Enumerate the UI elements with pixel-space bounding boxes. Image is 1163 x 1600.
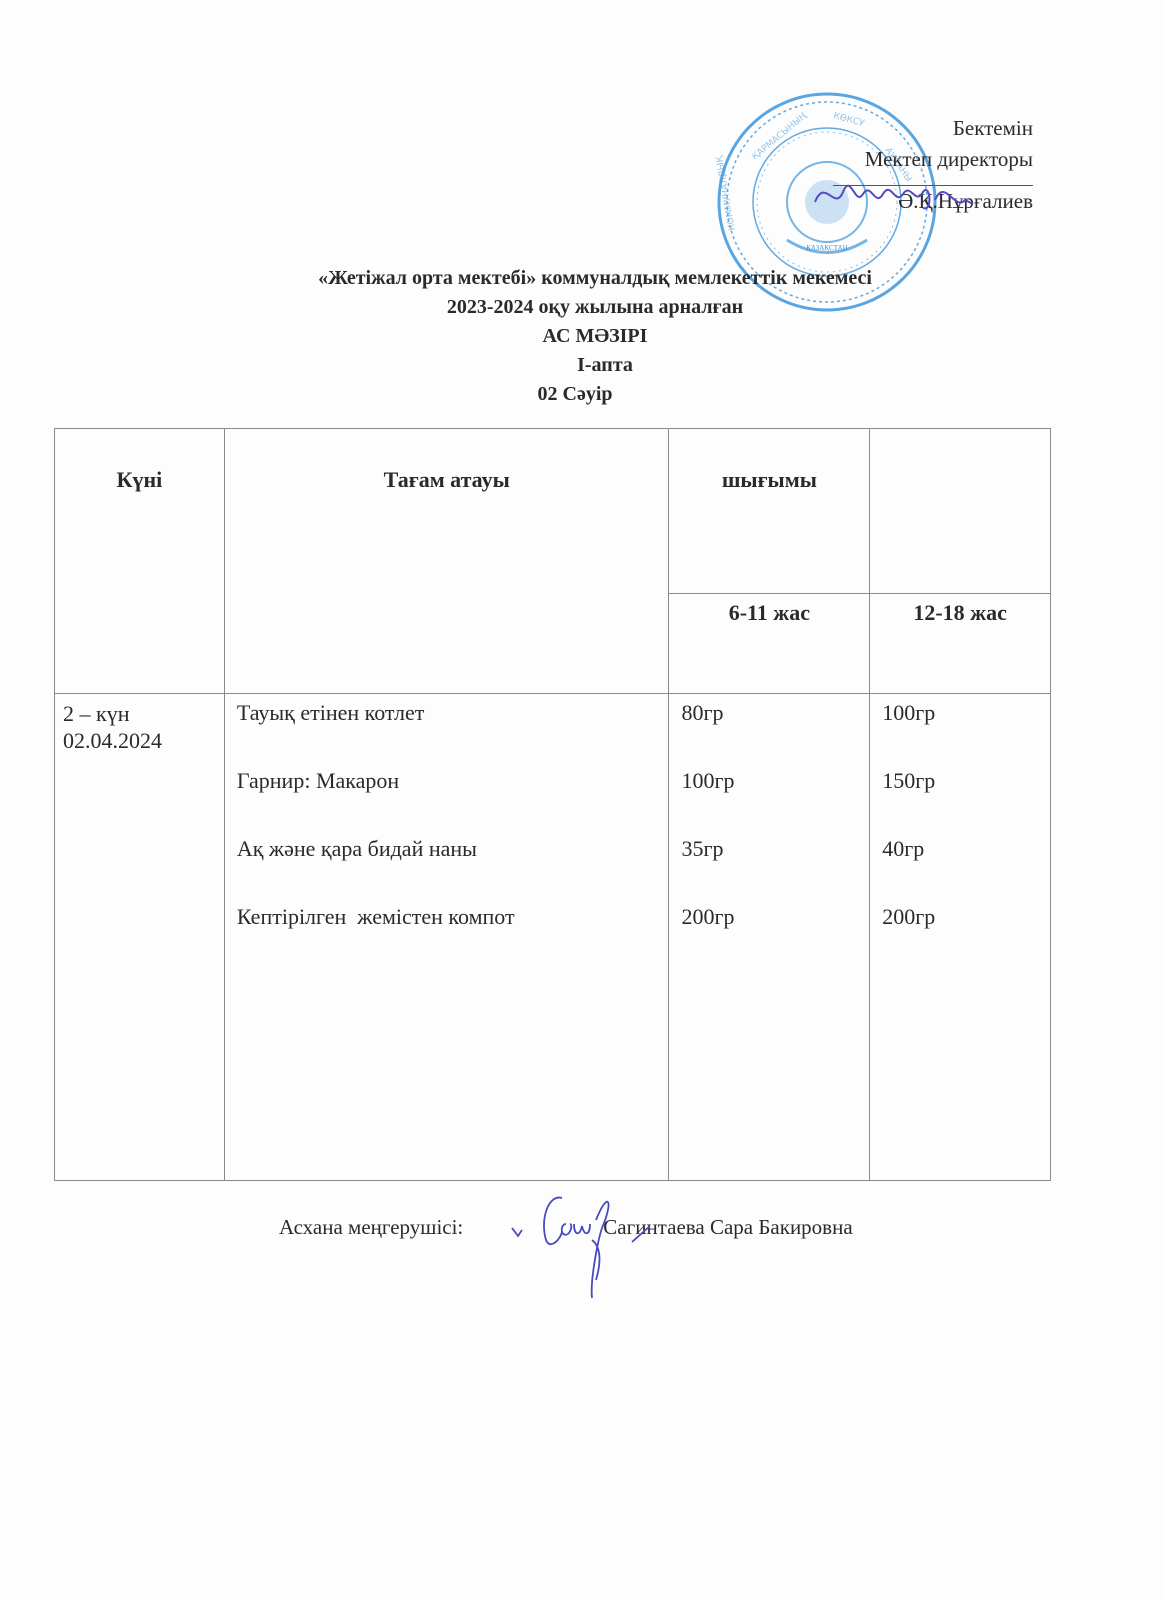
portion-6-11-cell: 80гр 100гр 35гр 200гр xyxy=(669,694,870,1181)
cook-signature xyxy=(510,1180,660,1300)
header-day: Күні xyxy=(55,429,225,694)
portion-value: 100гр xyxy=(681,766,869,834)
stamp-text: ҚАЗАҚСТАН xyxy=(806,244,848,252)
academic-year: 2023-2024 оқу жылына арналған xyxy=(0,293,1163,322)
approval-title: Бектемін xyxy=(833,113,1033,144)
week-label: I-апта xyxy=(0,351,1163,380)
portion-value: 150гр xyxy=(882,766,1050,834)
document-title: «Жетіжал орта мектебі» коммуналдық мемле… xyxy=(0,264,1163,409)
day-label: 2 – күн xyxy=(63,700,224,727)
dish-item: Гарнир: Макарон xyxy=(237,766,669,834)
portion-value: 80гр xyxy=(681,698,869,766)
approval-position: Мектеп директоры xyxy=(833,144,1033,175)
portion-value: 200гр xyxy=(681,902,869,970)
menu-heading: АС МӘЗІРІ xyxy=(0,322,1163,351)
dish-cell: Тауық етінен котлет Гарнир: Макарон Ақ ж… xyxy=(224,694,669,1181)
dish-item: Тауық етінен котлет xyxy=(237,698,669,766)
portion-value: 35гр xyxy=(681,834,869,902)
portion-value: 40гр xyxy=(882,834,1050,902)
header-dish: Тағам атауы xyxy=(224,429,669,694)
portion-value: 200гр xyxy=(882,902,1050,970)
portion-value: 100гр xyxy=(882,698,1050,766)
footer-role: Асхана меңгерушісі: xyxy=(279,1215,463,1239)
portion-12-18-cell: 100гр 150гр 40гр 200гр xyxy=(870,694,1051,1181)
menu-date: 02 Сәуір xyxy=(0,380,1163,409)
director-signature xyxy=(805,172,975,222)
table-row: 2 – күн 02.04.2024 Тауық етінен котлет Г… xyxy=(55,694,1051,1181)
institution-name: «Жетіжал орта мектебі» коммуналдық мемле… xyxy=(0,264,1163,293)
dish-item: Кептірілген жемістен компот xyxy=(237,902,669,970)
dish-item: Ақ және қара бидай наны xyxy=(237,834,669,902)
header-age-12-18: 12-18 жас xyxy=(870,594,1051,694)
header-yield: шығымы xyxy=(669,429,870,594)
day-cell: 2 – күн 02.04.2024 xyxy=(55,694,225,1181)
day-date: 02.04.2024 xyxy=(63,727,224,754)
header-age-6-11: 6-11 жас xyxy=(669,594,870,694)
menu-table: Күні Тағам атауы шығымы 6-11 жас 12-18 ж… xyxy=(54,428,1051,1181)
header-empty xyxy=(870,429,1051,594)
